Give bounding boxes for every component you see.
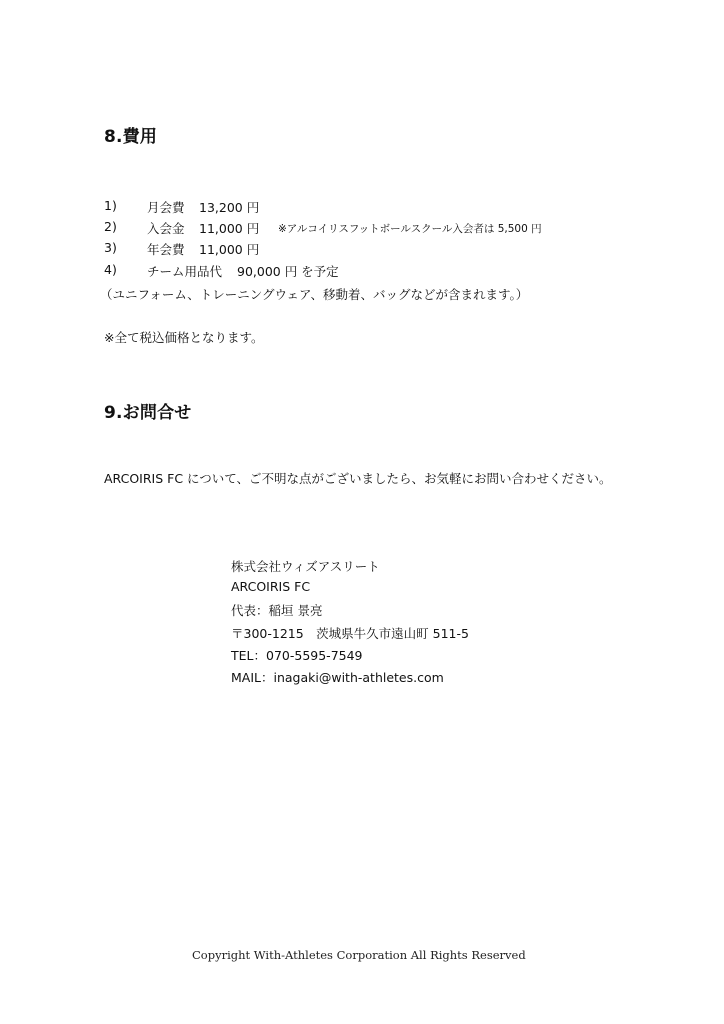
tax-note: ※全て税込価格となります。 — [104, 328, 263, 346]
fee-item-amount: 11,000 円 — [199, 219, 259, 237]
fee-item-label: チーム用品代 — [147, 262, 222, 280]
email-address: MAIL：inagaki@with-athletes.com — [231, 668, 444, 686]
fee-item-number: 2) — [104, 219, 117, 234]
fees-heading: 8.費用 — [104, 122, 157, 147]
fee-item-note: ※アルコイリスフットボールスクール入会者は 5,500 円 — [278, 221, 542, 236]
fee-item-label: 入会金 — [147, 219, 185, 237]
fee-item-number: 3) — [104, 240, 117, 255]
address: 〒300-1215 茨城県牛久市遠山町 511-5 — [231, 624, 469, 642]
representative: 代表：稲垣 景亮 — [231, 601, 322, 619]
phone-number: TEL：070-5595-7549 — [231, 646, 363, 664]
team-name: ARCOIRIS FC — [231, 579, 310, 594]
fee-item-label: 月会費 — [147, 198, 185, 216]
fee-item-amount: 90,000 円 を予定 — [237, 262, 339, 280]
fee-item-number: 1) — [104, 198, 117, 213]
fees-items-detail: （ユニフォーム、トレーニングウェア、移動着、バッグなどが含まれます。） — [100, 285, 528, 303]
contact-heading: 9.お問合せ — [104, 398, 192, 423]
fee-item-amount: 11,000 円 — [199, 240, 259, 258]
company-name: 株式会社ウィズアスリート — [231, 557, 380, 575]
contact-intro: ARCOIRIS FC について、ご不明な点がございましたら、お気軽にお問い合わ… — [104, 469, 612, 487]
copyright-footer: Copyright With-Athletes Corporation All … — [192, 948, 526, 962]
fee-item-label: 年会費 — [147, 240, 185, 258]
fee-item-number: 4) — [104, 262, 117, 277]
fee-item-amount: 13,200 円 — [199, 198, 259, 216]
